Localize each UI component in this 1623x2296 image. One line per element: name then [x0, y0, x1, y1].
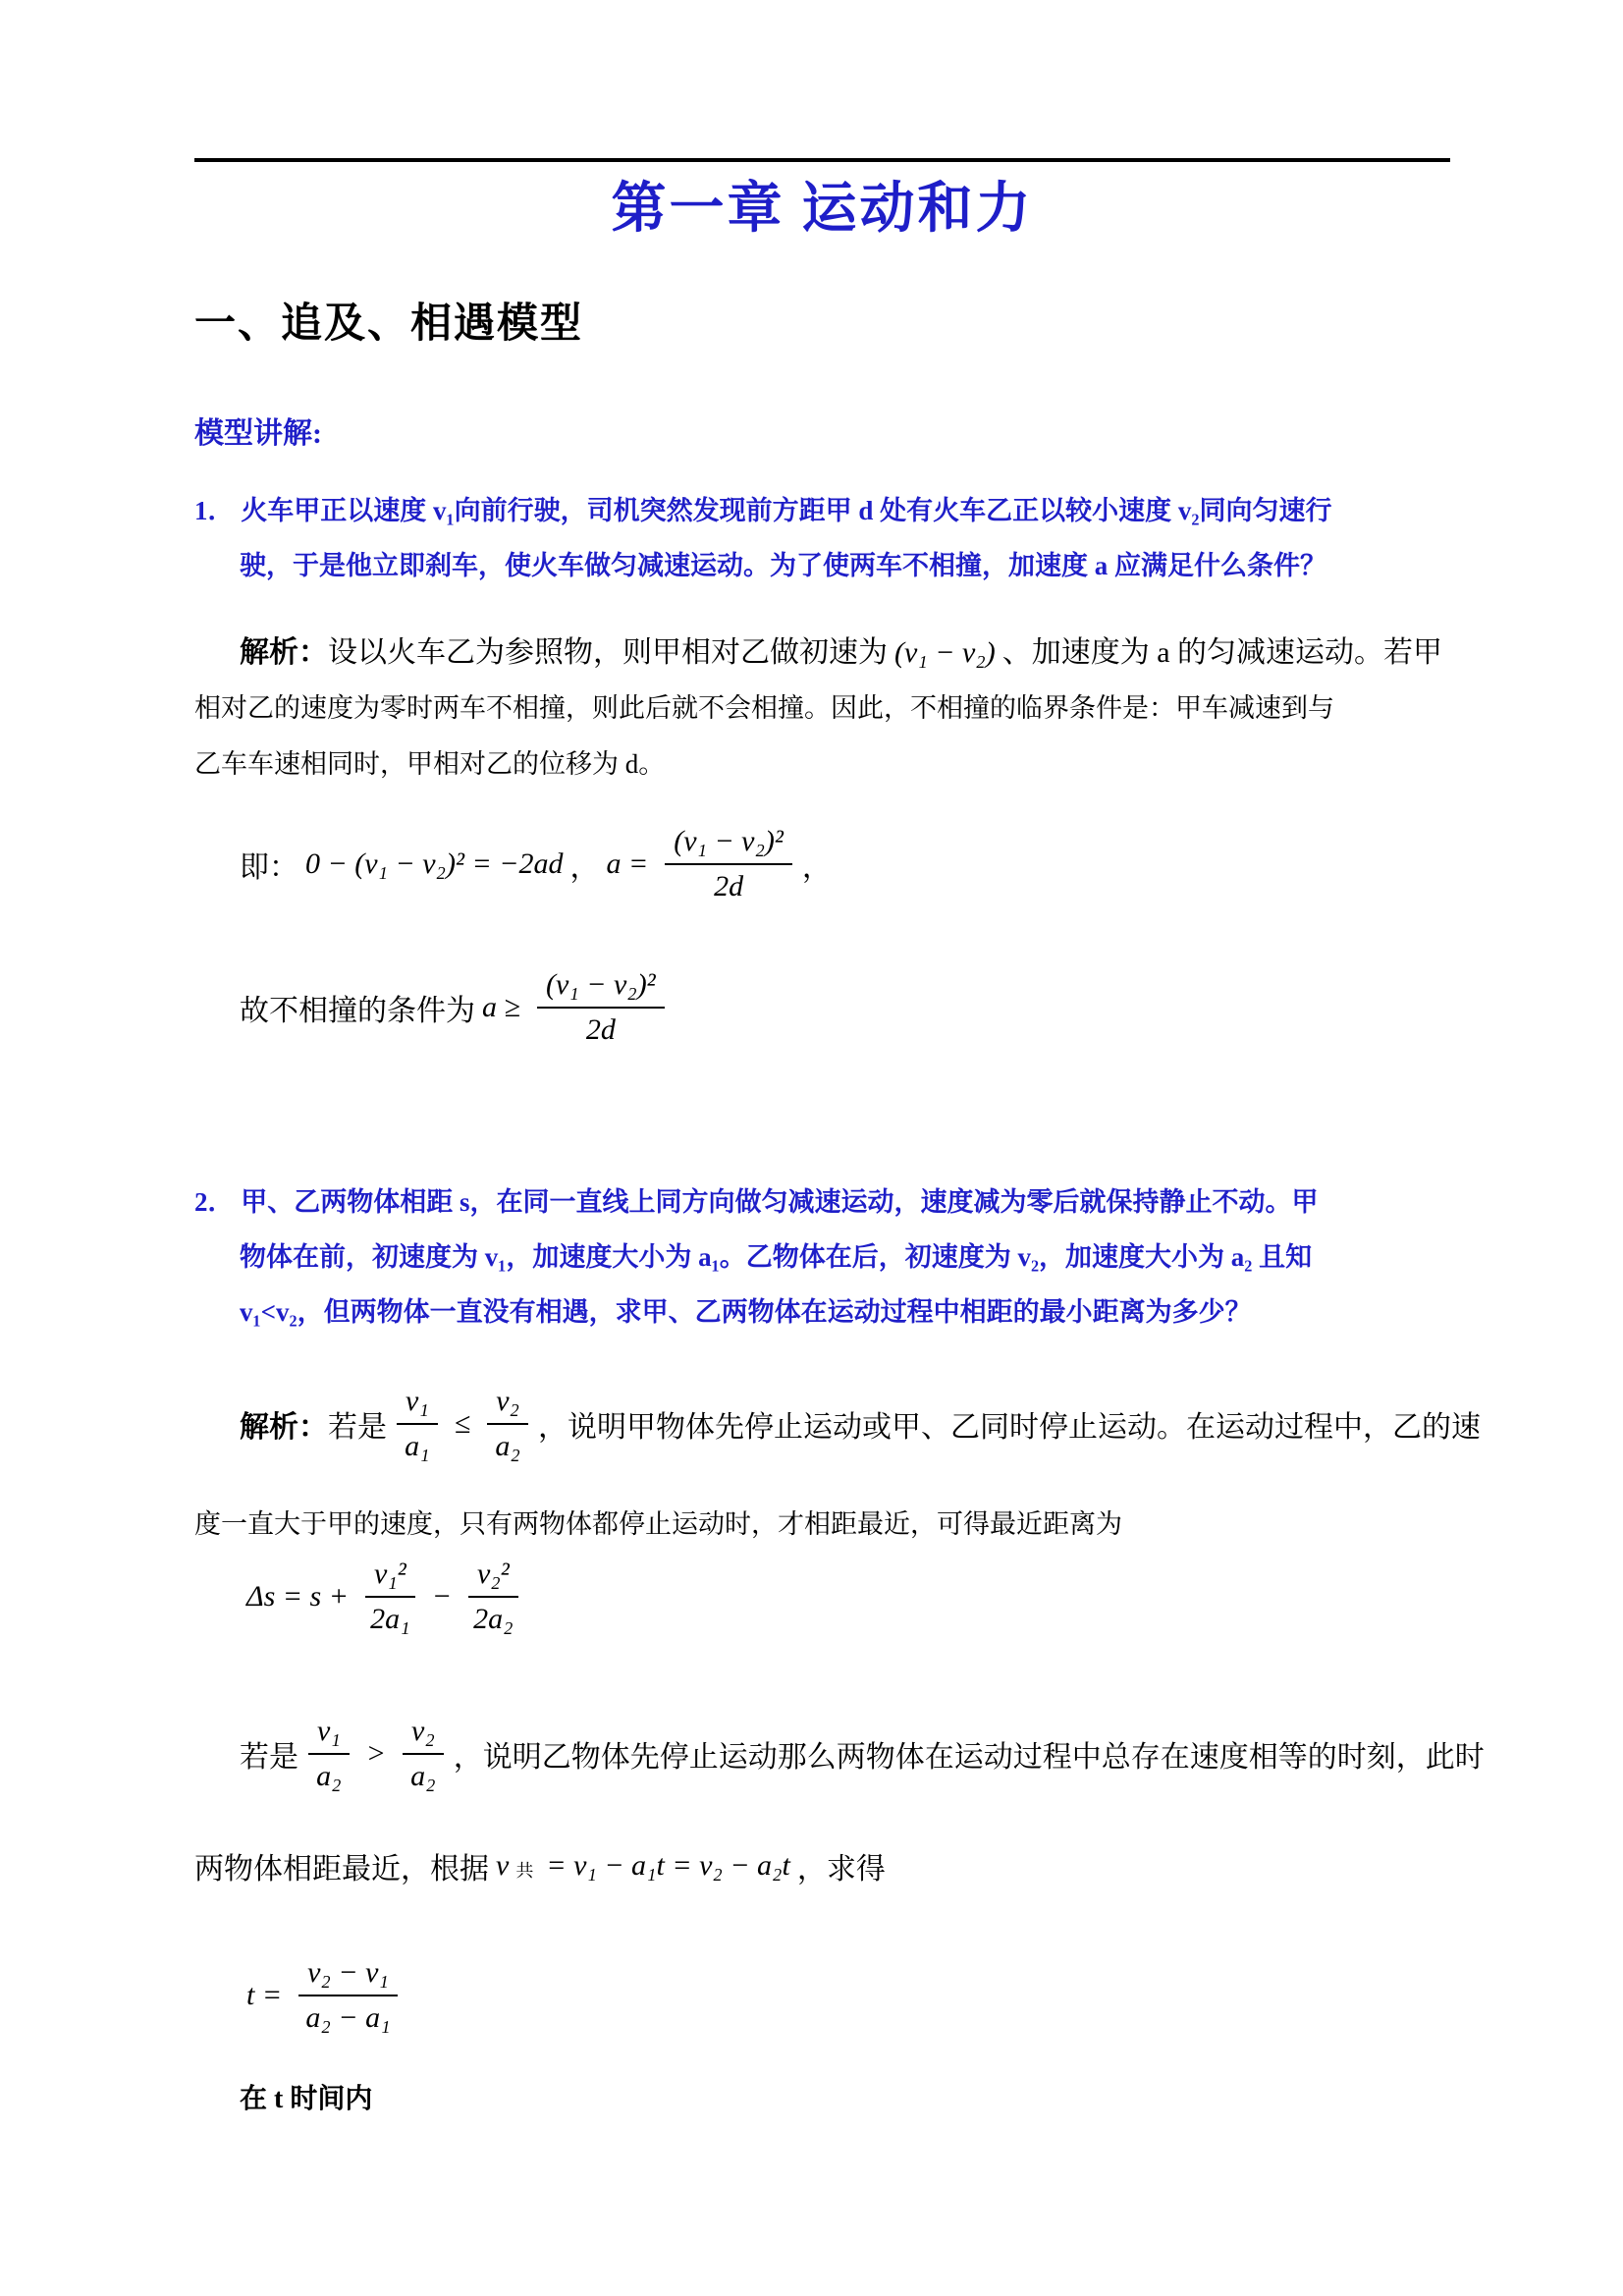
math-text: = v₁ − a₁t = v₂ − a₂t [546, 1849, 790, 1883]
math-text: ≤ [455, 1407, 470, 1441]
formula-time: t =v₂ − v₁a₂ − a₁ [194, 1954, 1450, 2036]
text-run: 若是 [328, 1402, 387, 1446]
math-text: (v₁ − v₂) [894, 625, 996, 681]
solution-1-line-1: 解析：设以火车乙为参照物，则甲相对乙做初速为(v₁ − v₂)、加速度为 a 的… [194, 625, 1450, 681]
text-run: ，说明乙物体先停止运动那么两物体在运动过程中总存在速度相等的时刻，此时 [454, 1732, 1485, 1776]
solution-2-case2-line-1: 若是v₁a₂>v₂a₂，说明乙物体先停止运动那么两物体在运动过程中总存在速度相等… [194, 1713, 1450, 1794]
fraction: v₁a₁ [397, 1383, 438, 1464]
solution-1-line-3: 乙车车速相同时，甲相对乙的位移为 d。 [194, 737, 1450, 793]
text-run: ， [569, 843, 599, 886]
subsection-label: 模型讲解: [194, 409, 1450, 452]
solution-1-line-2: 相对乙的速度为零时两车不相撞，则此后就不会相撞。因此，不相撞的临界条件是：甲车减… [194, 681, 1450, 737]
math-text: > [366, 1737, 386, 1771]
problem-1: 1． 火车甲正以速度 v₁向前行驶，司机突然发现前方距甲 d 处有火车乙正以较小… [194, 483, 1450, 593]
fraction-numerator: v₁ [308, 1713, 350, 1755]
formula-no-collision-condition: 故不相撞的条件为a ≥(v₁ − v₂)²2d [194, 966, 1450, 1048]
fraction: (v₁ − v₂)²2d [665, 823, 792, 904]
header-rule [194, 158, 1450, 162]
fraction-denominator: a₂ [316, 1755, 341, 1795]
formula-setup: 即：0 − (v₁ − v₂)² = −2ad，a =(v₁ − v₂)²2d， [194, 823, 1450, 904]
fraction-numerator: v₂ [487, 1383, 528, 1425]
text-run: 解析： [240, 625, 328, 681]
fraction-denominator: 2d [586, 1009, 616, 1049]
closing-line: 在 t 时间内 [194, 2080, 1450, 2119]
math-text: − [432, 1580, 452, 1613]
solution-1: 解析：设以火车乙为参照物，则甲相对乙做初速为(v₁ − v₂)、加速度为 a 的… [194, 625, 1450, 793]
solution-2-case1-line-2-text: 度一直大于甲的速度，只有两物体都停止运动时，才相距最近，可得最近距离为 [194, 1497, 1450, 1553]
fraction-denominator: a₁ [405, 1425, 429, 1465]
math-text: t = [246, 1979, 282, 2012]
fraction: v₂ − v₁a₂ − a₁ [298, 1954, 398, 2036]
text-run: 若是 [240, 1732, 298, 1776]
fraction-numerator: v₂ − v₁ [298, 1954, 398, 1996]
fraction-denominator: a₂ − a₁ [305, 1996, 390, 2037]
text-run: 即： [240, 843, 298, 886]
math-text: v [496, 1849, 509, 1883]
fraction-numerator: v₁ [397, 1383, 438, 1425]
problem-2-line-1: 2． 甲、乙两物体相距 s，在同一直线上同方向做匀减速运动，速度减为零后就保持静… [194, 1175, 1450, 1230]
fraction-denominator: 2d [714, 865, 743, 905]
math-text: a ≥ [482, 991, 520, 1024]
fraction: v₁a₂ [308, 1713, 350, 1794]
text-run: ， [802, 843, 832, 886]
problem-2-line-3: v₁<v₂，但两物体一直没有相遇，求甲、乙两物体在运动过程中相距的最小距离为多少… [194, 1285, 1450, 1339]
math-text: a = [606, 847, 648, 881]
solution-2-case1-line-2: 度一直大于甲的速度，只有两物体都停止运动时，才相距最近，可得最近距离为 [194, 1497, 1450, 1553]
formula-min-distance: Δs = s +v₁²2a₁−v₂²2a₂ [194, 1556, 1450, 1637]
fraction-numerator: (v₁ − v₂)² [537, 966, 665, 1009]
fraction-denominator: a₂ [410, 1755, 435, 1795]
fraction: v₁²2a₁ [365, 1556, 415, 1637]
problem-2-line-2: 物体在前，初速度为 v₁，加速度大小为 a₁。乙物体在后，初速度为 v₂，加速度… [194, 1230, 1450, 1285]
fraction: v₂a₂ [487, 1383, 528, 1464]
fraction: v₂²2a₂ [468, 1556, 518, 1637]
problem-1-line-2: 驶，于是他立即刹车，使火车做匀减速运动。为了使两车不相撞，加速度 a 应满足什么… [194, 538, 1450, 593]
problem-2: 2． 甲、乙两物体相距 s，在同一直线上同方向做匀减速运动，速度减为零后就保持静… [194, 1175, 1450, 1339]
fraction-numerator: v₂ [403, 1713, 444, 1755]
page-title: 第一章 运动和力 [194, 165, 1450, 244]
fraction: v₂a₂ [403, 1713, 444, 1794]
text-run: ，求得 [797, 1844, 886, 1887]
text-run: 两物体相距最近，根据 [194, 1844, 489, 1887]
fraction-denominator: 2a₂ [473, 1598, 513, 1638]
fraction-numerator: (v₁ − v₂)² [665, 823, 792, 865]
subscript: 共 [515, 1857, 533, 1883]
math-text: 0 − (v₁ − v₂)² = −2ad [305, 847, 563, 881]
text-run: 、加速度为 a 的匀减速运动。若甲 [1002, 625, 1442, 681]
problem-1-line-1: 1． 火车甲正以速度 v₁向前行驶，司机突然发现前方距甲 d 处有火车乙正以较小… [194, 483, 1450, 538]
math-text: Δs = s + [246, 1580, 349, 1613]
section-heading: 一、追及、相遇模型 [194, 291, 1450, 350]
document-page: 第一章 运动和力 一、追及、相遇模型 模型讲解: 1． 火车甲正以速度 v₁向前… [0, 0, 1623, 2296]
fraction: (v₁ − v₂)²2d [537, 966, 665, 1048]
fraction-denominator: 2a₁ [370, 1598, 409, 1638]
text-run: ，说明甲物体先停止运动或甲、乙同时停止运动。在运动过程中，乙的速 [538, 1402, 1481, 1446]
text-run: 故不相撞的条件为 [240, 986, 475, 1029]
text-run: 解析： [240, 1402, 328, 1446]
solution-2-case1-line-1: 解析：若是v₁a₁≤v₂a₂，说明甲物体先停止运动或甲、乙同时停止运动。在运动过… [194, 1383, 1450, 1464]
fraction-numerator: v₂² [468, 1556, 518, 1598]
solution-2-case2-line-2: 两物体相距最近，根据v共= v₁ − a₁t = v₂ − a₂t，求得 [194, 1844, 1450, 1887]
fraction-denominator: a₂ [495, 1425, 519, 1465]
text-run: 设以火车乙为参照物，则甲相对乙做初速为 [328, 625, 888, 681]
fraction-numerator: v₁² [365, 1556, 415, 1598]
